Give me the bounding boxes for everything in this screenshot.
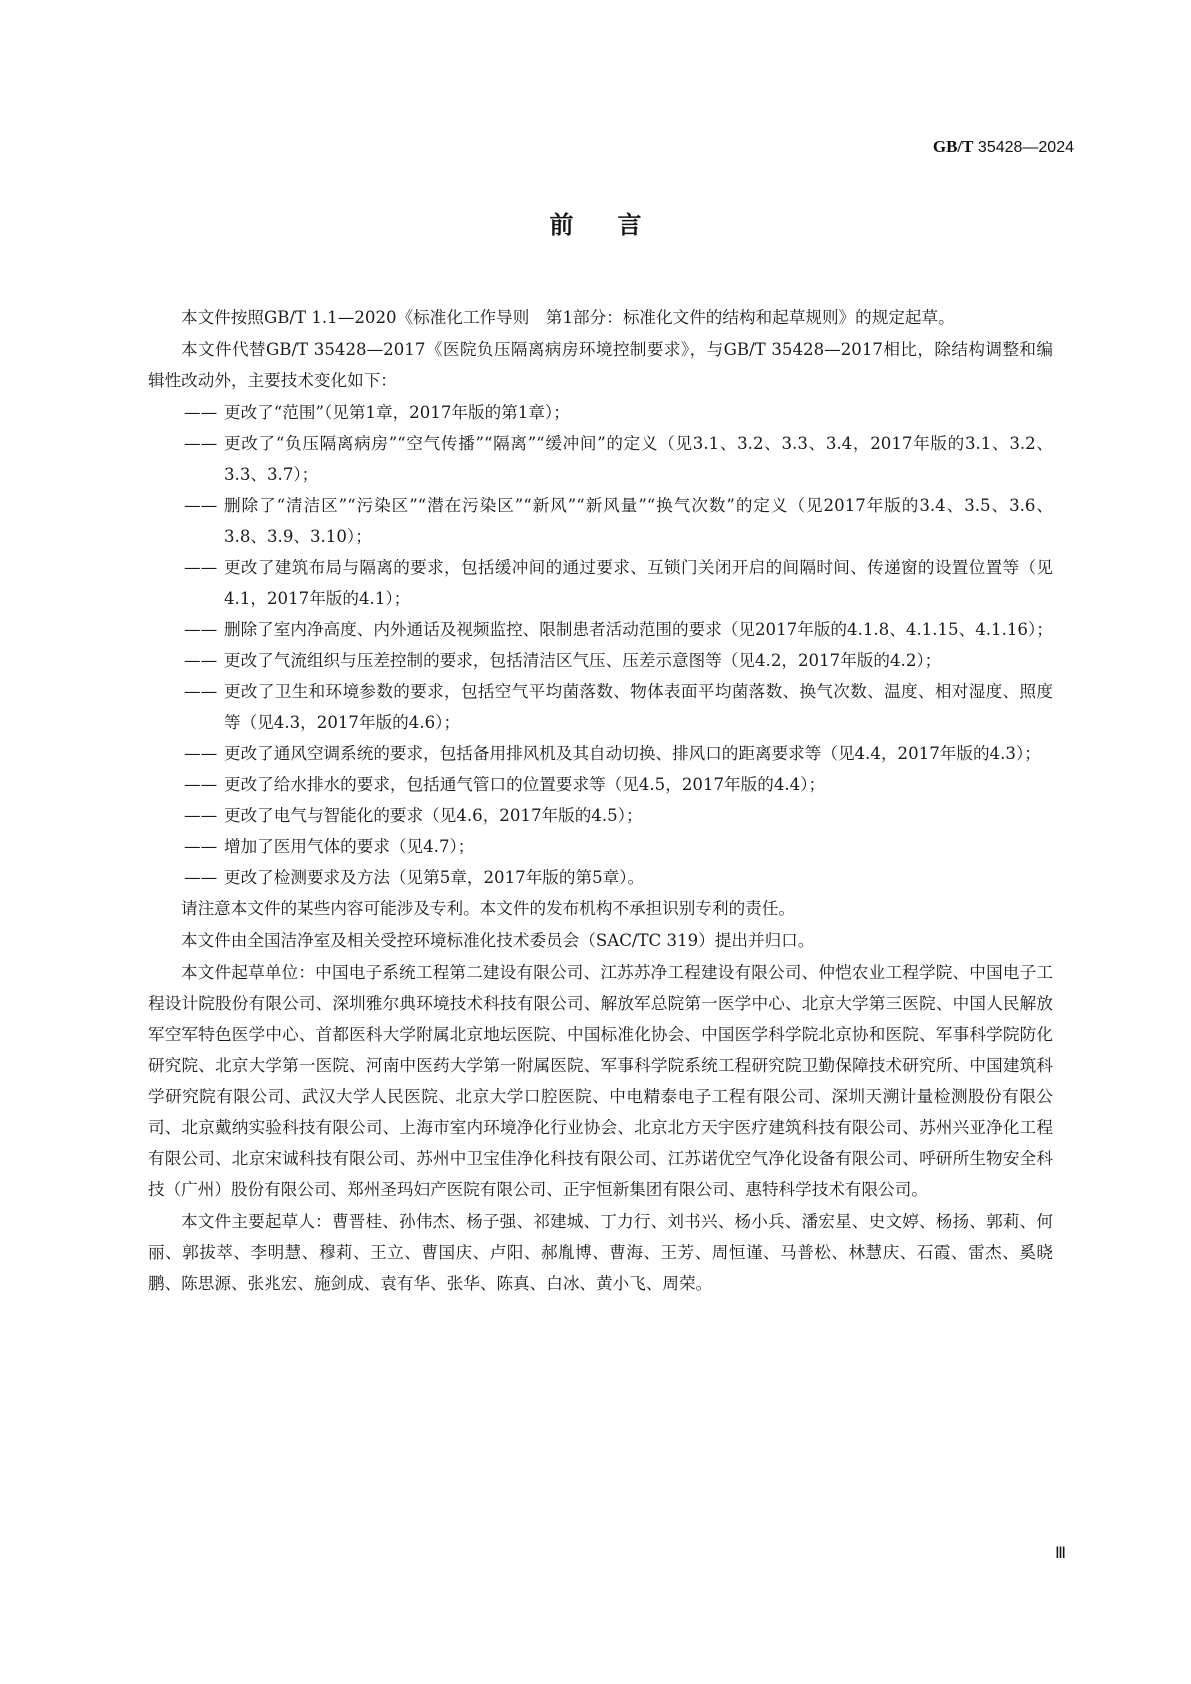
standard-number: 35428—2024 (973, 139, 1074, 156)
page-number: Ⅲ (1055, 1543, 1066, 1563)
list-item: ——删除了室内净高度、内外通话及视频监控、限制患者活动范围的要求（见2017年版… (148, 614, 1053, 645)
replaces-paragraph: 本文件代替GB/T 35428—2017《医院负压隔离病房环境控制要求》，与GB… (148, 334, 1053, 396)
patent-notice-paragraph: 请注意本文件的某些内容可能涉及专利。本文件的发布机构不承担识别专利的责任。 (148, 893, 1053, 924)
list-item: ——更改了卫生和环境参数的要求，包括空气平均菌落数、物体表面平均菌落数、换气次数… (148, 676, 1053, 738)
drafting-rules-paragraph: 本文件按照GB/T 1.1—2020《标准化工作导则 第1部分：标准化文件的结构… (148, 302, 1053, 333)
drafters-paragraph: 本文件主要起草人：曹晋桂、孙伟杰、杨子强、祁建城、丁力行、刘书兴、杨小兵、潘宏星… (148, 1206, 1053, 1299)
foreword-body: 本文件按照GB/T 1.1—2020《标准化工作导则 第1部分：标准化文件的结构… (148, 302, 1053, 1300)
drafting-units-paragraph: 本文件起草单位：中国电子系统工程第二建设有限公司、江苏苏净工程建设有限公司、仲恺… (148, 957, 1053, 1205)
dash-marker: —— (184, 862, 217, 893)
dash-marker: —— (184, 738, 217, 769)
dash-marker: —— (184, 676, 217, 707)
list-item: ——更改了给水排水的要求，包括通气管口的位置要求等（见4.5，2017年版的4.… (148, 769, 1053, 800)
dash-marker: —— (184, 428, 217, 459)
standard-prefix: GB/T (933, 137, 974, 156)
list-item: ——更改了气流组织与压差控制的要求，包括清洁区气压、压差示意图等（见4.2，20… (148, 645, 1053, 676)
standard-code: GB/T 35428—2024 (933, 137, 1074, 157)
list-item: ——更改了检测要求及方法（见第5章，2017年版的第5章）。 (148, 862, 1053, 893)
list-item: ——删除了“清洁区”“污染区”“潜在污染区”“新风”“新风量”“换气次数”的定义… (148, 490, 1053, 552)
list-item: ——更改了“范围”（见第1章，2017年版的第1章）； (148, 397, 1053, 428)
dash-marker: —— (184, 769, 217, 800)
dash-marker: —— (184, 831, 217, 862)
dash-marker: —— (184, 800, 217, 831)
list-item: ——增加了医用气体的要求（见4.7）； (148, 831, 1053, 862)
list-item: ——更改了电气与智能化的要求（见4.6，2017年版的4.5）； (148, 800, 1053, 831)
dash-marker: —— (184, 397, 217, 428)
dash-marker: —— (184, 552, 217, 583)
dash-marker: —— (184, 645, 217, 676)
proposer-paragraph: 本文件由全国洁净室及相关受控环境标准化技术委员会（SAC/TC 319）提出并归… (148, 925, 1053, 956)
list-item: ——更改了通风空调系统的要求，包括备用排风机及其自动切换、排风口的距离要求等（见… (148, 738, 1053, 769)
changes-list: ——更改了“范围”（见第1章，2017年版的第1章）； ——更改了“负压隔离病房… (148, 397, 1053, 893)
dash-marker: —— (184, 614, 217, 645)
dash-marker: —— (184, 490, 217, 521)
page-title: 前言 (0, 205, 1191, 240)
list-item: ——更改了建筑布局与隔离的要求，包括缓冲间的通过要求、互锁门关闭开启的间隔时间、… (148, 552, 1053, 614)
document-page: GB/T 35428—2024 前言 本文件按照GB/T 1.1—2020《标准… (0, 0, 1191, 1684)
list-item: ——更改了“负压隔离病房”“空气传播”“隔离”“缓冲间”的定义（见3.1、3.2… (148, 428, 1053, 490)
